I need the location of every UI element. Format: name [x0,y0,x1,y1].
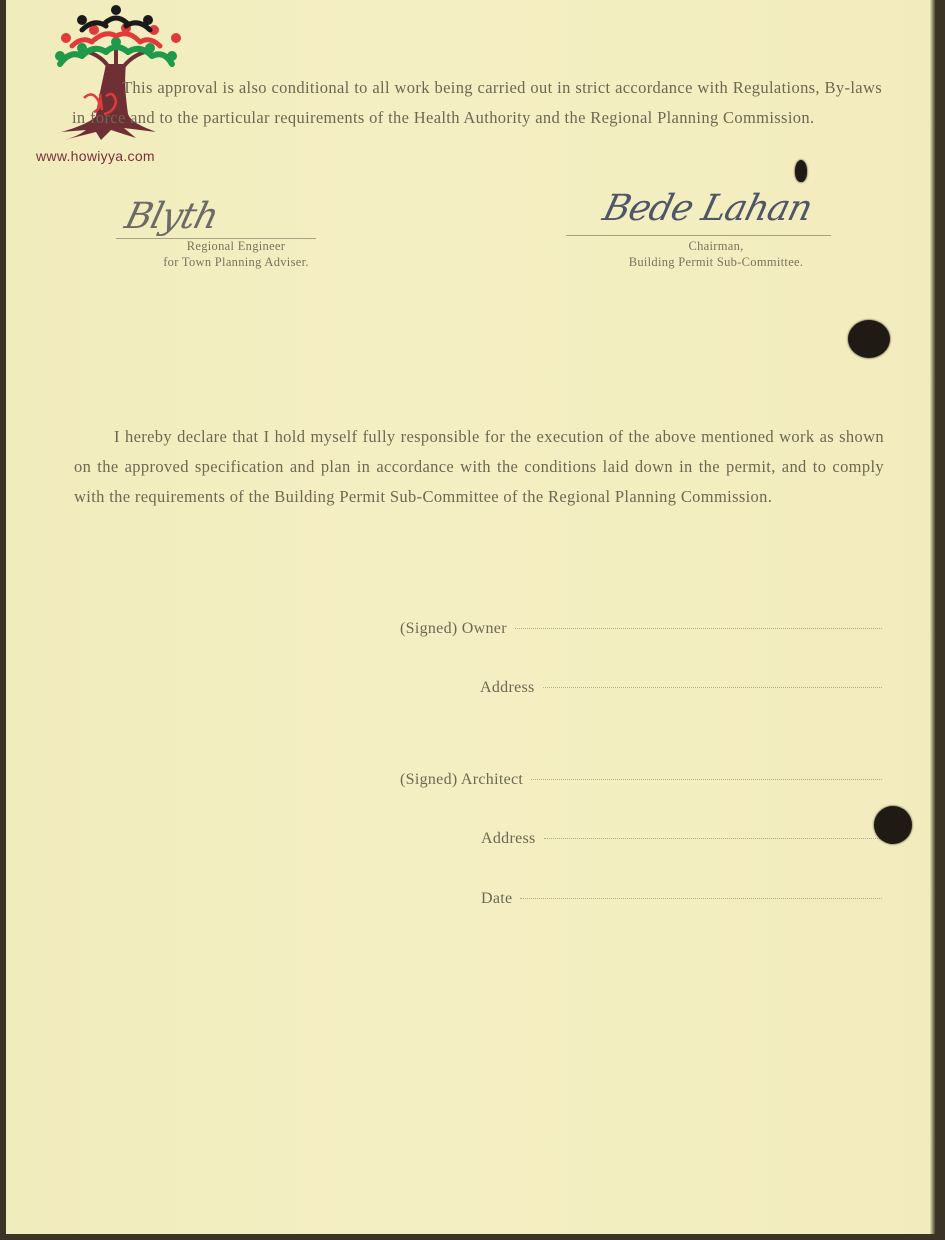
date-line[interactable] [520,897,882,899]
owner-signature-field[interactable]: (Signed) Owner [400,620,882,638]
watermark-url: www.howiyya.com [36,148,155,164]
owner-address-label: Address [480,679,535,697]
regional-engineer-signature-block: Regional Engineer for Town Planning Advi… [111,238,361,270]
architect-signature-line[interactable] [531,778,882,780]
architect-label: (Signed) Architect [400,771,523,789]
punch-hole-mark [795,160,807,182]
approval-paragraph: This approval is also conditional to all… [72,73,882,133]
punch-hole [874,806,912,844]
date-field[interactable]: Date [481,890,882,908]
owner-address-field[interactable]: Address [480,679,882,697]
declaration-paragraph: I hereby declare that I hold myself full… [74,422,884,512]
approval-text: This approval is also conditional to all… [72,73,882,133]
punch-hole [848,320,890,358]
date-label: Date [481,890,512,908]
sub-committee-title: Building Permit Sub-Committee. [566,254,866,270]
signature-line-right [566,235,831,236]
architect-signature-field[interactable]: (Signed) Architect [400,771,882,789]
town-planning-adviser-title: for Town Planning Adviser. [111,254,361,270]
owner-label: (Signed) Owner [400,620,507,638]
owner-address-line[interactable] [543,686,882,688]
regional-engineer-signature: Blyth [121,196,222,237]
chairman-signature: Bede Lahan [599,188,816,229]
architect-address-line[interactable] [544,837,882,839]
architect-address-field[interactable]: Address [481,830,882,848]
document-page: www.howiyya.com This approval is also co… [6,0,936,1234]
regional-engineer-title: Regional Engineer [111,238,361,254]
chairman-title: Chairman, [566,238,866,254]
chairman-signature-block: Chairman, Building Permit Sub-Committee. [566,238,866,270]
owner-signature-line[interactable] [515,627,882,629]
declaration-text: I hereby declare that I hold myself full… [74,422,884,512]
architect-address-label: Address [481,830,536,848]
